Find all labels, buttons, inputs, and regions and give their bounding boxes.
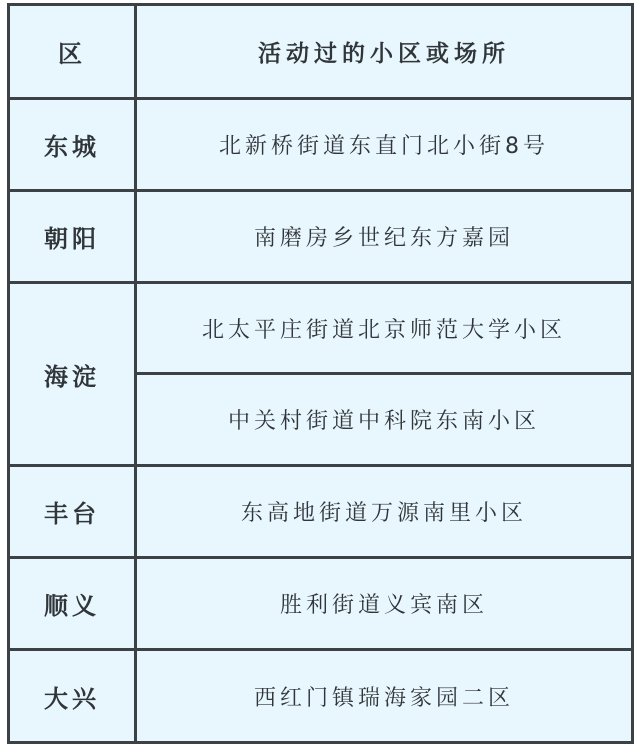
place-cell: 北太平庄街道北京师范大学小区 bbox=[137, 284, 631, 372]
district-cell: 丰台 bbox=[10, 467, 134, 556]
locations-table: 区 活动过的小区或场所 东城 北新桥街道东直门北小街8号 朝阳 南磨房乡世纪东方… bbox=[7, 3, 634, 744]
header-places: 活动过的小区或场所 bbox=[137, 6, 631, 97]
district-cell: 大兴 bbox=[10, 651, 134, 741]
place-cell: 胜利街道义宾南区 bbox=[137, 559, 631, 648]
district-cell: 朝阳 bbox=[10, 192, 134, 281]
district-cell: 顺义 bbox=[10, 559, 134, 648]
place-cell: 东高地街道万源南里小区 bbox=[137, 467, 631, 556]
place-cell: 北新桥街道东直门北小街8号 bbox=[137, 100, 631, 189]
place-cell: 中关村街道中科院东南小区 bbox=[137, 375, 631, 464]
place-cell: 西红门镇瑞海家园二区 bbox=[137, 651, 631, 741]
district-cell: 东城 bbox=[10, 100, 134, 189]
header-district: 区 bbox=[10, 6, 134, 97]
place-cell: 南磨房乡世纪东方嘉园 bbox=[137, 192, 631, 281]
district-cell: 海淀 bbox=[10, 284, 134, 464]
